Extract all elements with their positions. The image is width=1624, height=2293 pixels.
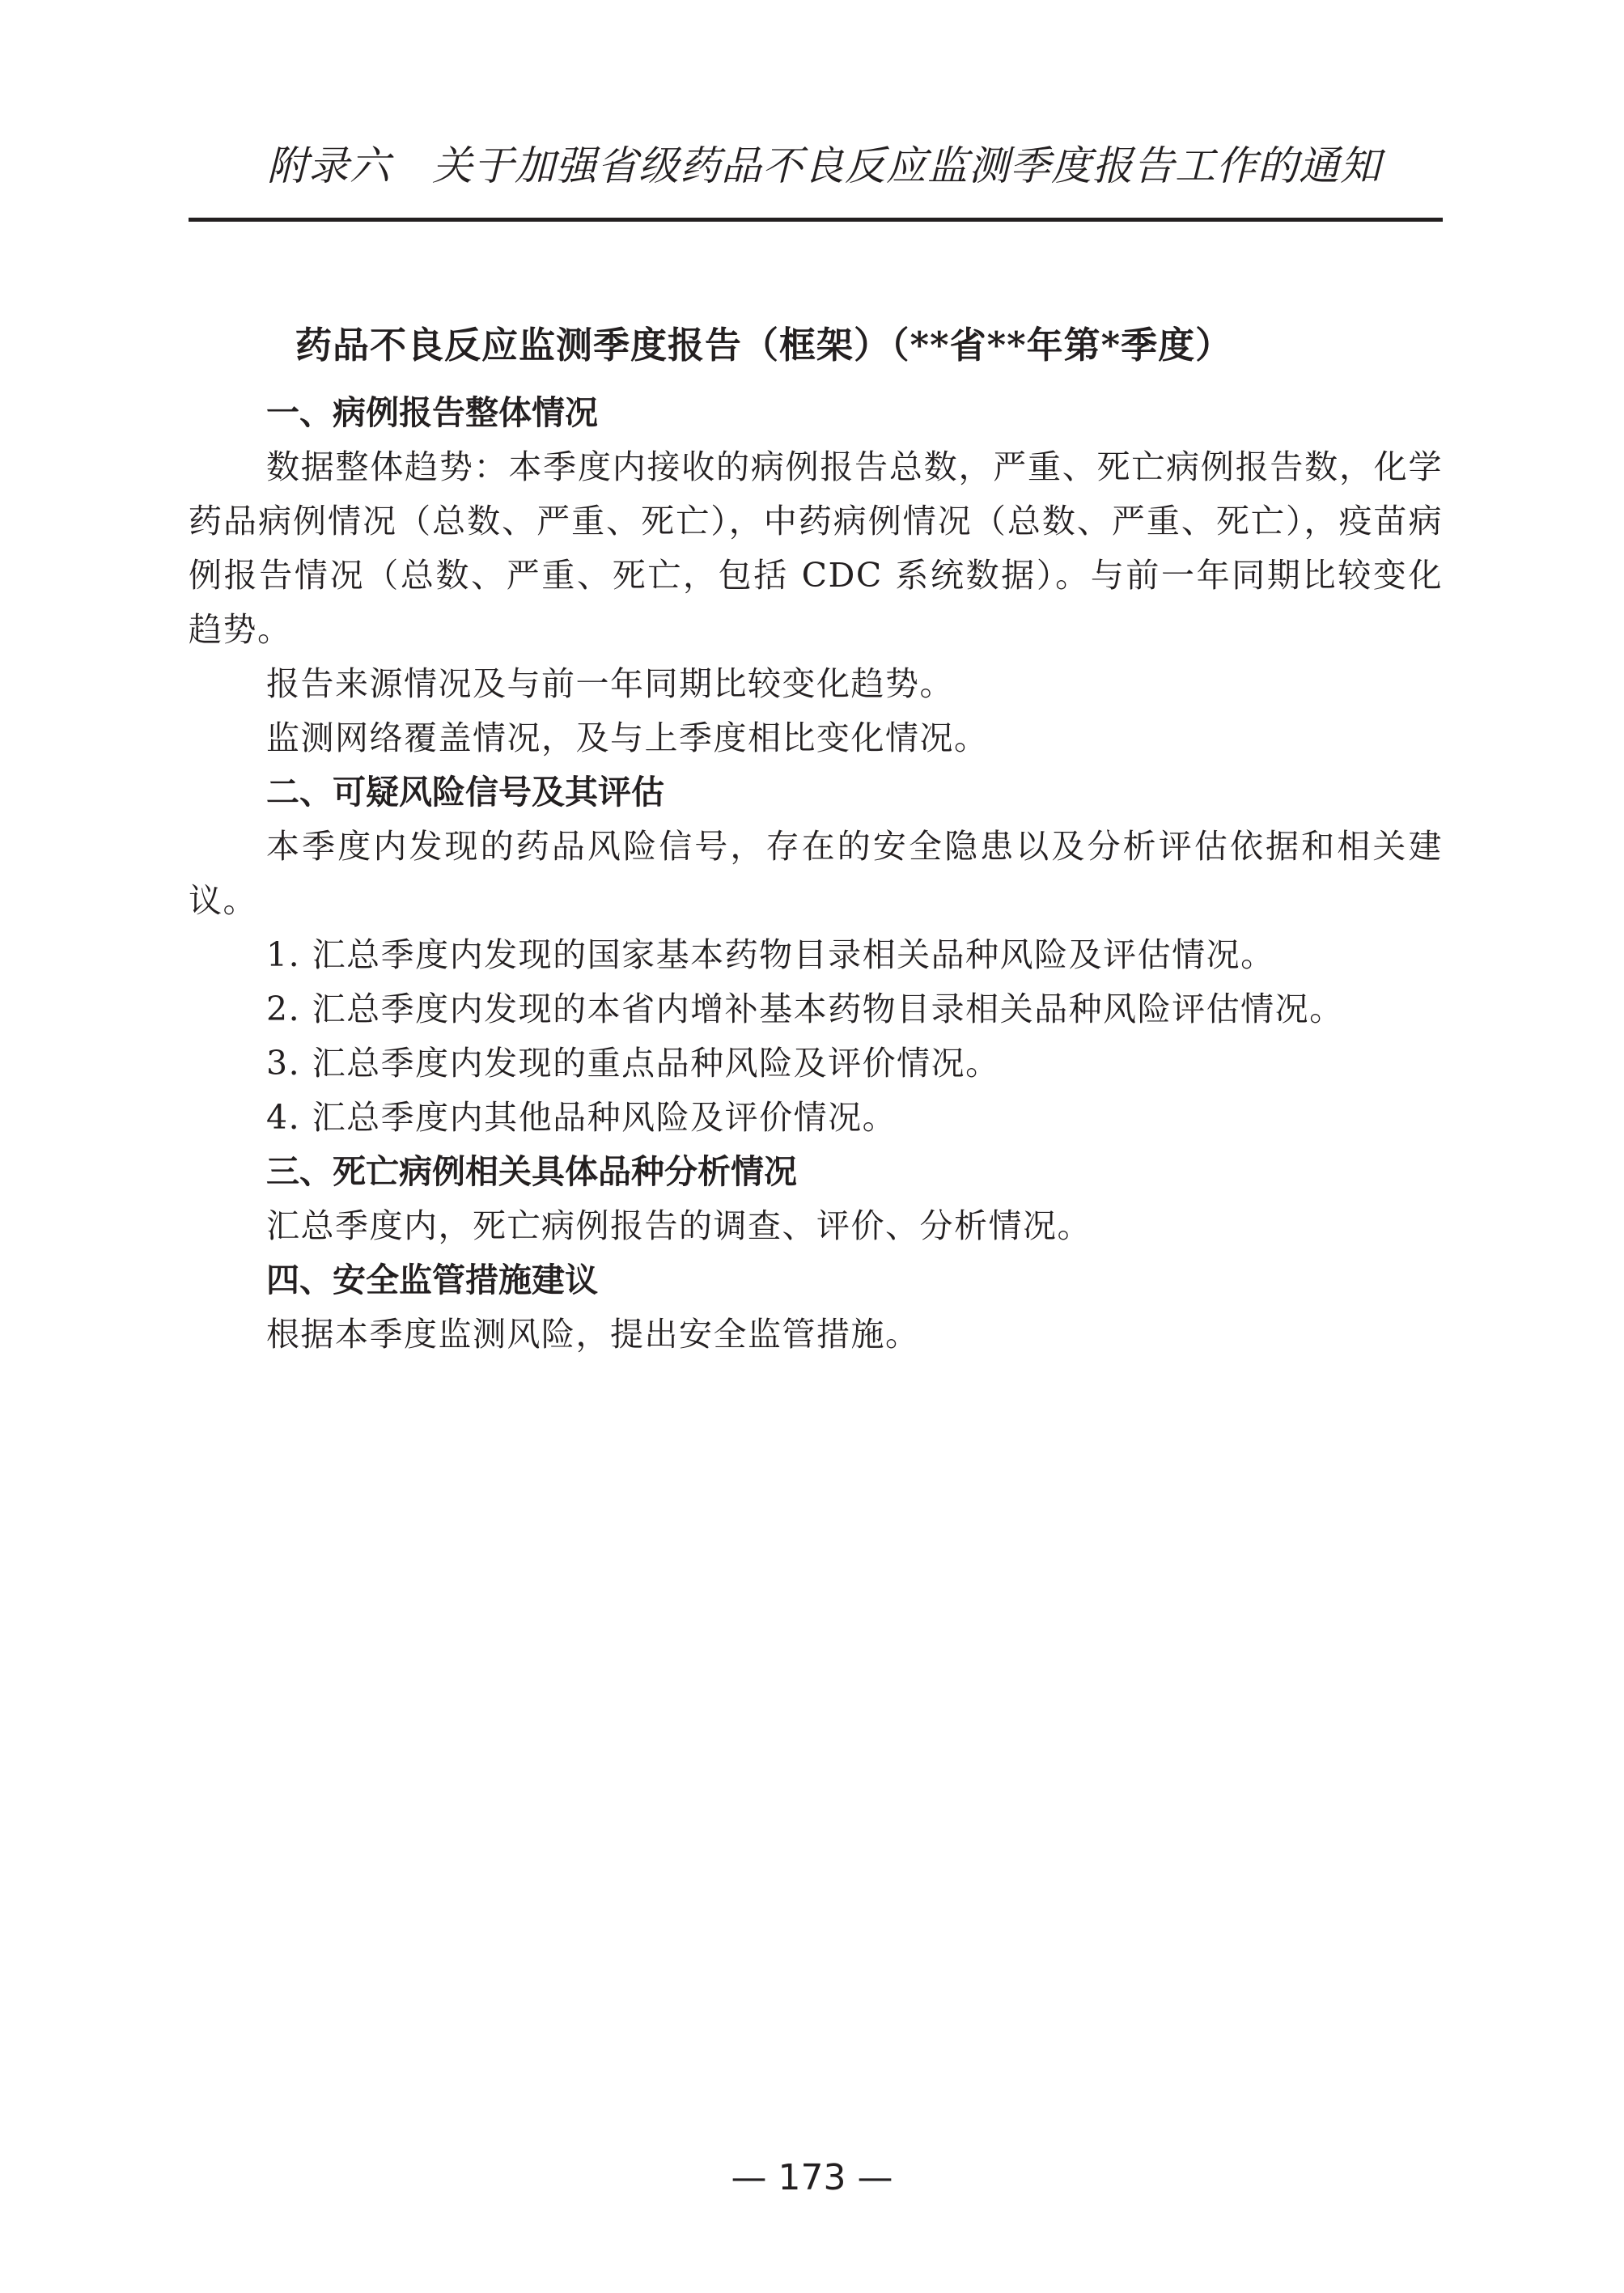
page-number: — 173 — [0, 2157, 1624, 2198]
document-body: 一、病例报告整体情况 数据整体趋势：本季度内接收的病例报告总数，严重、死亡病例报… [189, 386, 1443, 1362]
paragraph: 根据本季度监测风险，提出安全监管措施。 [189, 1308, 1443, 1362]
document-title: 药品不良反应监测季度报告（框架）（**省**年第*季度） [295, 316, 1232, 368]
header-rule [189, 218, 1443, 222]
section-heading: 一、病例报告整体情况 [189, 386, 1443, 440]
paragraph: 数据整体趋势：本季度内接收的病例报告总数，严重、死亡病例报告数，化学药品病例情况… [189, 440, 1443, 657]
paragraph: 本季度内发现的药品风险信号，存在的安全隐患以及分析评估依据和相关建议。 [189, 820, 1443, 928]
paragraph: 监测网络覆盖情况，及与上季度相比变化情况。 [189, 711, 1443, 765]
section-4: 四、安全监管措施建议 根据本季度监测风险，提出安全监管措施。 [189, 1253, 1443, 1362]
section-heading: 三、死亡病例相关具体品种分析情况 [189, 1145, 1443, 1199]
running-head: 附录六 关于加强省级药品不良反应监测季度报告工作的通知 [267, 134, 1381, 192]
list-item: 3. 汇总季度内发现的重点品种风险及评价情况。 [189, 1036, 1443, 1091]
list-item: 2. 汇总季度内发现的本省内增补基本药物目录相关品种风险评估情况。 [189, 982, 1443, 1036]
section-1: 一、病例报告整体情况 数据整体趋势：本季度内接收的病例报告总数，严重、死亡病例报… [189, 386, 1443, 765]
section-2: 二、可疑风险信号及其评估 本季度内发现的药品风险信号，存在的安全隐患以及分析评估… [189, 765, 1443, 1145]
paragraph: 报告来源情况及与前一年同期比较变化趋势。 [189, 657, 1443, 711]
list-item: 1. 汇总季度内发现的国家基本药物目录相关品种风险及评估情况。 [189, 928, 1443, 982]
section-3: 三、死亡病例相关具体品种分析情况 汇总季度内，死亡病例报告的调查、评价、分析情况… [189, 1145, 1443, 1253]
list-item: 4. 汇总季度内其他品种风险及评价情况。 [189, 1091, 1443, 1145]
paragraph: 汇总季度内，死亡病例报告的调查、评价、分析情况。 [189, 1199, 1443, 1253]
section-heading: 二、可疑风险信号及其评估 [189, 765, 1443, 820]
section-heading: 四、安全监管措施建议 [189, 1253, 1443, 1308]
